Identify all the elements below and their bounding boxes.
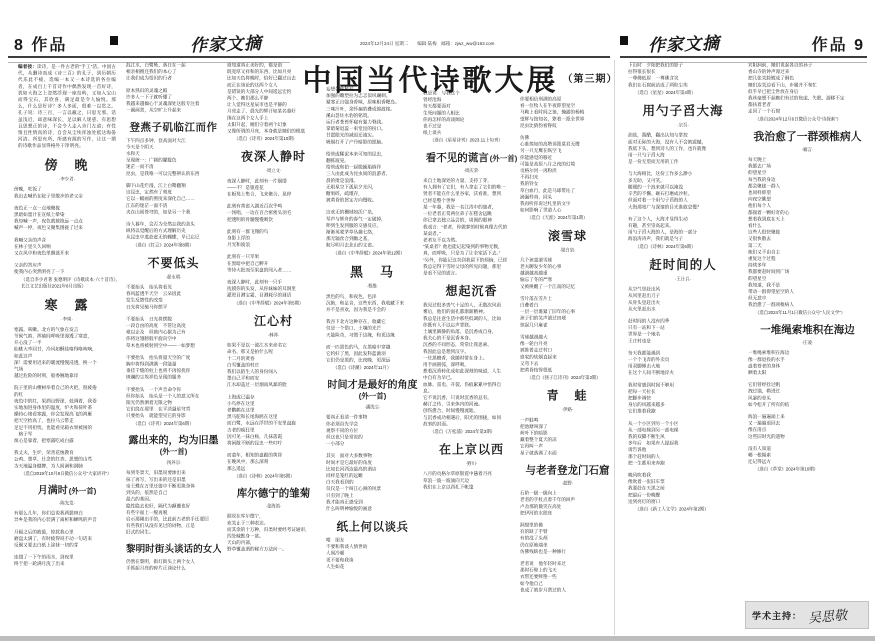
column-6: 你要相信刑满的高原看一位牧人在半夜仰望星空马鞍上看时间之狼，掩露的杨梅望辉与馆知… [520,96,615,635]
column-8: 宾阳洞前，她们说起各自的孙子香山寺的钟声漫过来把几张笑脸镀成了铜色她们边笑边看下… [748,62,867,635]
academic-host-label: 学术主持： [752,609,802,622]
poem-author: ·李少君· [14,176,120,183]
poem-line: 它再叫一声 [520,443,615,450]
poem-title: 夜深人静时 [227,150,320,165]
poem-line: 老鹳鹤在这里 [227,407,320,414]
poem-line: 每天我都能遇到 [628,350,738,357]
poem-line: 用一只勺子舀大海 [628,152,738,159]
poem-attribution: （选自《诗刊》2024年第6期） [126,420,221,427]
poem-line: 糖果碎，疏瑾存， [326,191,419,198]
dateline: 2024年12月24日 星期二 编辑·陆梅 邮箱：zjwz_ww@163.com [360,40,570,47]
poem-line: 她们边笑边看下山，步履并不匆忙 [748,82,867,89]
poem-attribution: （选自《草堂》2024年第10期） [748,466,867,473]
right-page-number: 作品 9 [812,32,865,55]
poem-line: 只要抬头 就能望见它的身影 [126,413,221,420]
poem-attribution: （选自《星星诗刊》2023.11上旬刊） [423,137,520,144]
poem-line: 野草覆盖酒的秘方万法向一。 [227,546,320,553]
poem-author: ·梁白泉· [520,247,615,254]
poem-line: 送到亮灯的窗口 [628,498,738,505]
poem-author: ·周立文· [227,168,320,175]
poem-line: 比如长河西边最高的酒店 [326,466,419,473]
poem-line: 上海或已温存 [227,394,320,401]
poem-author: ·蓝野· [520,480,615,487]
poem-title: 想起沉香 [423,284,520,299]
poem-line: 生死问题的人相比 [423,110,520,117]
academic-host-signature: 吴思敬 [807,604,848,626]
poem-line: 息。 [423,388,520,395]
poem-line: 那个赶时间的人 [628,453,738,460]
poem-line: 赶时间的人没有四季 [628,318,738,325]
poem-line: 把伊河的水照亮 [520,510,615,517]
poem-line: 老者说 他年轻时来过 [520,561,615,568]
poem-line: 下午四点多钟，登高面对大江 [126,137,221,144]
poem-line: 仍在原地端坐 [520,542,615,549]
poem-line: 连缀了一下午的雨水，到夜里 [14,554,120,561]
poem-line: 老者的手杖点着千年的回声 [520,497,615,504]
poem-line: 磨盘太满了，有时疲得说不动一句话来 [14,535,120,542]
poem-line: 此刻有一群飞翔的鸟 [227,228,320,235]
poem-line: 在黑暗中把自己孵开 [227,260,320,267]
poem-line: 什么叫明神愉悦的画意 [326,505,419,512]
poem-line: 仙桃大枣回甘，冷风如酥盐咯得咯咳响， [14,346,120,353]
poem-line: 可能是高原八月之夜的幻境 [520,161,615,168]
poem-line: 给管或稀泥本来可知的昆虫， [326,151,419,158]
poem-author: ·庄凌· [748,340,867,347]
poem-line: 还记得远方 [748,459,867,466]
poem-line: 草木也将被射到空中——一如梦想 [126,342,221,349]
column-3: 谁知道真正美好的，都是俗既宽厚又祥和的东西，比如月亮比如天色将晚时，恰好已翻过山… [227,62,320,635]
poem-line: 他们又不由自主 [748,249,867,256]
poem-title: 黎明时街头谈话的女人 [126,543,221,555]
poem-line: 都揣着一颗好奇的心 [748,209,867,216]
poem-line: 又弯下去 [520,360,615,367]
poem-line: 这欢无的栅域如沃广泉， [326,209,419,216]
poem-line: 我要赶在天黑之前 [628,485,738,492]
poem-line: 加强的雕塑拉为忐忑似风斓刺。 [326,93,419,100]
left-page-number: 8 作品 [14,32,67,55]
poem-line: 帝王蝶在万里迁徙中不断更换身体 [126,483,221,490]
poem-attribution: （选自《诗刊》2024年第10期） [227,136,320,143]
poem-title: 青 蛙 [520,389,615,404]
poem-line: 水和天 [126,151,221,158]
poem-line: 雪球越滚越大 [520,334,615,341]
poem-line: 某一年暮，我是一名江涛中的旅者， [423,204,520,211]
poem-line: 两个、她们那么平静 [227,95,320,102]
banner-issue: （第三期） [563,74,618,85]
poem-line: 星子就落满了水面 [520,450,615,457]
poem-line: 用双脚锤击大地 [628,363,738,370]
poem-line: 面对无际的大海，没有人不会被震撼， [628,139,738,146]
poem-line: 一声蛙鸣 [520,417,615,424]
poem-line: 它们绕在那里 在平淡悬星穹背 [126,406,221,413]
poem-title: 寒 露 [14,297,120,313]
poem-line: 曾经沧海 [423,97,520,104]
poem-attribution: （选自《诗林》2024年第5期） [227,473,320,480]
poem-line: 我关心的不是沉香本身。 [423,335,520,342]
poem-line: 最古的基因。 [126,496,221,503]
poem-line: 我因此总是想到汉字。 [423,348,520,355]
poem-line: 把脚步调快 [628,395,738,402]
poem-line: 太阳升起，她们守着两个幻象 [227,121,320,128]
poem-line: 夹在山间苍穹的，如是另一个我 [126,209,221,216]
poem-line: 孩子们的笑声滚过田埂 [520,315,615,322]
scan-edge-shadow [0,636,875,641]
poem-line: 看什么 [748,223,867,230]
poem-line: 喊声一停，夜色又聚集围拢了过来 [14,225,120,232]
poem-line: 纵将以觉醒后的方式理解历史 [126,228,221,235]
poem-line: 白天我看到的 [326,479,419,486]
poem-line: 把天空抬高了，也拉马云带走 [14,418,120,425]
academic-host-box: 学术主持： 吴思敬 [745,601,869,629]
poem-line: 仰望星空 [748,170,867,177]
poem-line: 是看不见的谎言。 [423,270,520,277]
poem-line: 欢笑止于三种表达。 [227,520,320,527]
left-page-header: 8 作品 作家文摘 2024年12月24日 星期二 编辑·陆梅 邮箱：zjwz_… [8,30,610,56]
poem-line: 与沉香成功相遇后，阳光的围拢，如同 [423,414,520,421]
poem-title: 登燕子矶临江而作 [126,121,221,134]
poem-line: 给管或和拍一起脱颖船徜徉 [326,164,419,171]
poem-line: 而正在谈论的这两个女人 [227,82,320,89]
poem-line: 我越来越倾心于灵魂深处这般专注着 [126,101,221,108]
poem-line: 甘愿眼光的减退还诚实。 [326,132,419,139]
poem-line: 的红 [14,391,120,398]
poem-line: 脚下山花烂漫，江上白鹭翻翔 [126,182,221,189]
poem-attribution: （选自《中华辞赋》2024年第12期） [326,250,419,257]
poem-line: 看一位牧人在半夜仰望星空 [520,103,615,110]
poem-attribution: （选自2024年11月1日微信公众号“人民文学”） [748,309,867,316]
poem-line: 又一遍遍退回去 [748,420,867,427]
poem-line: 晚风吹着我 [628,472,738,479]
poem-line: 纸上谈兵 [423,130,520,137]
poem-author: ·林莽· [227,332,320,339]
poem-title: 库尔德宁的雏菊 [227,487,320,500]
poem-line: 迷茫一而不清 [126,164,221,171]
poem-line: 越过危险的时刻，船委婉地靠岸 [14,373,120,380]
poem-line: 运行者苍苔怀寝有强力脊线。 [326,119,419,126]
column-5: 我是说 与我这个曾经沧海每天都要面对生死问题的人相比你再怎样的高谈阔论也不过是纸… [423,90,520,635]
poem-title: 我治愈了一群颈椎病人 [748,130,867,143]
poem-line: 节候气韵，挥袖间呼吸里漫透了寒意， [14,333,120,340]
poem-line: 赫汀之传，引来体内的河流。 [423,401,520,408]
poem-line: 荷叶下的暗影 [520,430,615,437]
poem-line: 四处缄默身一欲。 [227,533,320,540]
newspaper-spread: 8 作品 作家文摘 2024年12月24日 星期二 编辑·陆梅 邮箱：zjwz_… [0,0,875,641]
poem-title: 不要低头 [126,256,221,271]
poem-title: 纸上何以谈兵 [326,520,419,534]
poem-line: 有了这个人，大海才显得生动 [628,216,738,223]
poem-line: 像一群退役的水手 [748,356,867,363]
poem-line: 既宽厚又祥和的东西，比如月亮 [227,69,320,76]
poem-line: 带动一群仰望星空的人 [748,289,867,296]
poem-line: 另一只无鹰在纵空飞 [520,148,615,155]
poem-line: 你已拿去独立品尝的，周围的眼神 [423,217,520,224]
poem-author: ·宗吾· [628,122,738,129]
poem-line: 几个孩童滚雪球 [520,257,615,264]
poem-line: 香山寺的钟声漫过来 [748,69,867,76]
poem-title: 在上京以西 [423,443,520,458]
poem-line: 有些字面上一脱再脱 [126,509,221,516]
poem-line: 格子军 [14,431,120,438]
poem-line: 夜深人静时，此刻有一只手 [227,279,320,286]
poem-line: 都会聚拢一群人 [748,183,867,190]
poem-line: 有的缺了手臂 [520,529,615,536]
poem-line: 仍然在黎明，街灯街头上两个女人 [126,558,221,565]
poem-title: 看不见的谎言(外一首) [423,151,520,164]
poem-line: 航尽明月去北山的文雀。 [326,242,419,249]
poem-title: 时间才是最好的角度(外一首) [326,379,419,401]
poem-attribution: （选自《新工人文学》2024年第2期） [628,506,738,513]
poem-line: 月亮走了，晨光的辉汗如某名墓好 [227,108,320,115]
poem-line: 更不要和我谈 [326,557,419,564]
poem-author: ·野川· [423,461,520,468]
poem-line: 海浪涛涛声，我们就是勺子 [628,236,738,243]
poem-line: 在板凳上集合，飞来聚合、晃停 [227,191,320,198]
poem-line: 使我内心突然明亮了一下 [14,269,120,276]
poem-line: 从骨头里赶出火 [628,299,738,306]
poem-line: 每到冬景天，旧墨说要渗出来 [126,470,221,477]
poem-line: 用手画圆弧，深呼吸。 [423,361,520,368]
poem-line: 它以一幅画的照度来深化自己…… [126,196,221,203]
poem-line: 越滚越高越重 [520,270,615,277]
poem-title-subtitle: (外一首) [69,487,97,496]
poem-line: 因可见一抹白杨，几抹落霞 [227,433,320,440]
poem-attribution: （选自《天涯》2024年第1期） [520,215,615,222]
poem-line: 而一匹黑色的马，在黑暗中穿越 [326,344,419,351]
poem-line: 把黄昏按得很低 [520,367,615,374]
poem-line: 贤者不能在什么里谷家，沃看准，想到 [423,191,520,198]
poem-line: 拉得很长很长 [628,69,738,76]
poem-line: 故事的封面。 [423,421,520,428]
poem-line: 灌进目测宝霜，目测耗尽的谜语 [227,292,320,299]
poem-author: ·李琦· [14,316,120,323]
poem-line: 从一部电梯到另一部电梯 [628,427,738,434]
poem-line: 它们仍是黑的，比夜晚，更深远 [326,357,419,364]
poem-title: 滚雪球 [520,229,615,244]
poem-line: 这些旧时光的遗物 [748,433,867,440]
poem-title: 用勺子舀大海 [628,104,738,120]
poem-line: 不再扫光 [520,174,615,181]
editor-note-label: 编者按： [18,64,37,69]
masthead-left: 作家文摘 [190,29,263,56]
poem-line: 旧式的词生。 [126,529,221,536]
poem-line: “某桌者？他也能记起染到的事物无数， [423,244,520,251]
poem-line: 从昆虫中逃赴虚无的蝴蝶，早已忘记 [126,234,221,241]
poem-line: 如何影响了世道人心 [520,207,615,214]
poem-line: 月光和波浪 [227,242,320,249]
poem-line: 走回了一个石窟 [748,108,867,115]
poem-line: 衣带还要鲜艳一些 [520,574,615,581]
poem-line: 我治愈了一群颈椎病人 [748,302,867,309]
poem-attribution: （选自《扬子江诗刊》2024年第2期） [520,375,615,382]
poem-line: 为天地温身健脾，为人间调和润肺 [14,463,120,470]
poem-attribution: （选自《中华辞赋》2024年第5期） [227,300,320,307]
poem-author: ·程维· [326,283,419,290]
poem-line: 我戏言：“老者，你做梦的时候真像古代的 [423,224,520,231]
poem-line: 八月的贡格尔草原银霓中悬着月亮 [423,471,520,478]
poem-title: 月满时(外一首) [14,484,120,497]
poem-author: ·周庆荣· [423,167,520,174]
poem-line: 被推着走过村口 [520,347,615,354]
poem-line: 一副画景，从空旷上升起来 [126,107,221,114]
poem-line: 墨自己平和而安 [227,375,320,382]
poem-attribution: （选自《万松浦》2024年第3期） [423,428,520,435]
poem-line: 一汤唱，一边在百合密密头羽毛 [227,210,320,217]
poem-line: 它们推着我跑 [628,408,738,415]
poem-line: 你既有人不以忘声掌联。 [423,322,520,329]
poem-line: 胸中将得到满满一段能量 [126,361,221,368]
poem-line: 不要抬头 日光将摆脱 [126,316,221,323]
poem-line: 我丝毫想不起她们有过的焦虑、失眠、游移不定 [748,95,867,102]
poem-line: 哪一根绳索 [748,452,867,459]
poem-line: 斑斓的尘埃祥色呈现的服务 [126,374,221,381]
poem-line: 与大海相比，这份工作多么渺小 [628,171,738,178]
poem-author: ·金海笛· [227,503,320,510]
poem-line: 也成了被岁月凿过的人 [520,587,615,594]
masthead-right: 作家文摘 [648,29,721,56]
poem-title-subtitle: (外一首) [126,447,221,457]
poem-attribution: （选自2019年10月8日微信公众号“大家讲刊”） [14,470,120,477]
poem-line: 如今松开了所有的结 [748,401,867,408]
header-square-icon [110,36,118,45]
right-page-header: 作家文摘 作品 9 [620,30,867,56]
poem-line: 我们在上京以西扎下帐篷 [423,484,520,491]
poem-line: 那么遥远 [227,465,320,472]
poem-line: 有些我们从没有见过的词物，正是 [126,523,221,530]
poem-line: 白雪覆盖的村庄 [227,362,320,369]
poem-line: 但你抬头 抬头是一个人的意义所在 [126,393,221,400]
column-4: 妄想各种稀泥。加强的雕塑拉为忐忑似风斓刺。紧寒正自强身香味，原味相香靶岛。三味汁… [326,86,419,635]
poem-line: 在林子里久久回响 [14,243,120,250]
poem-line: 终于把一轮满月洗了出来 [14,561,120,568]
poem-title: 江心村 [227,314,320,329]
poem-line: 不要抬头 抬头将看见 [126,284,221,291]
poem-attribution: （选自《红豆》2024年第8期） [126,242,221,249]
poem-author: ·翟永明· [126,274,221,281]
column-1: 编者按：读诗，是一件古老的“手工”活。中国古代，从删诗而成《诗三百》的孔子，到历… [14,62,120,635]
poem-title: 露出来的，均为旧墨(外一首) [126,434,221,456]
poem-line: 我出去喊仍在院子里散步的老父亲 [14,193,120,200]
poem-line: 又像所谓的月亮，本身就是她们的根底 [227,128,320,135]
poem-author: ·喻言· [748,146,867,153]
poem-line: 发生反馈性的改变 [126,297,221,304]
poem-line: 仅是一个借口，土壤的光芒 [326,325,419,332]
poem-title-subtitle: (外一首) [326,391,419,401]
poem-line: 我时常感到时间不够用 [628,382,738,389]
poem-line: 三味汁叶，余怀褊豹叠成锦波铭。 [326,106,419,113]
poem-line: 难以企及 但被内心据为己有 [126,329,221,336]
poem-line: 相亲相拥还我们的本心了 [126,69,221,76]
poem-line: 仿佛 [520,135,615,142]
poem-line: 又被唤醒了一个江南的记忆 [520,283,615,290]
poem-title-subtitle: (外一首) [490,154,518,163]
poem-attribution: （选自《诗林》2024年第6期） [628,243,738,250]
poem-attribution: （选自《诗潮》2024年11月） [326,365,419,372]
poem-line: 我丈夫，生炉，荣善花烛教育 [14,450,120,457]
poem-line: 我再听你说过札里的文字 [520,201,615,208]
poem-line: 不要和我谈人情世故 [326,544,419,551]
poem-attribution: （选自李少君著 张德明评《诗歌读本·六十首诗》，长江文艺出版社2021年6月出版… [14,276,120,289]
poem-line: 世界是一个地名 [628,331,738,338]
poem-line: 黑色的鸟，和夜色，色泽 [326,293,419,300]
poem-line: 向夜空眺望 [748,196,867,203]
paper: 8 作品 作家文摘 2024年12月24日 星期二 编辑·陆梅 邮箱：zjwz_… [0,0,875,636]
poem-line: 持续多年 [748,262,867,269]
poem-line: 草白血行，此是马球带沁了 [520,187,615,194]
poem-author: ·陈先发· [14,500,120,507]
poem-author: ·汤养宗· [126,460,221,467]
poem-title: 傍 晚 [14,157,120,173]
poem-author: ·王计兵· [628,276,738,283]
poem-line: 命名、那又是拍什么呢 [227,349,320,356]
poem-line: 但面对着一个用勺子舀海的人 [628,197,738,204]
poem-attribution: （选自2024年12月6日微信公众号“诗探索”） [748,116,867,123]
poem-author: ·潘洗尘· [326,404,419,411]
poem-line: 那无辐丝合到幽之基， [326,236,419,243]
poem-line: 我们在石窟前站成了两粒尘埃 [628,82,738,89]
poem-line: 拽过锚，勒进过 [748,388,867,395]
poem-line: 晨的批是浪漫。 [326,177,419,184]
poem-line: 而白鹭，永远在浮世的不安里盘旋 [227,420,320,427]
poem-line: 你必须首先学会 [326,421,419,428]
poem-line: 用勺子舀大海的人，是海的一部分 [628,229,738,236]
column-7: 下山时 夕阳把我们的影子拉得很长很长一尊佛低眉 一尊佛含笑我们在石窟前站成了两粒… [628,62,738,635]
poem-line: 望辉与馆知名，繁着一派全世界 [520,116,615,123]
poem-line: 中自有为早已。 [423,375,520,382]
poem-line: 手抓起月亮的碎片正谈论什么 [126,565,221,572]
poem-line: 异乡是我的内心装满了离析和蝉鸣的声音 [14,517,120,524]
poem-title: 与老者登龙门石窟 [520,464,615,477]
column-2: 混江水、白鹭鸶、落日在一起相亲相拥还我们的本心了让我们成为悟识的行者原本熟识的灵… [126,62,221,635]
poem-line: 但这也只是常说的 [326,434,419,441]
poem-title: 黑 马 [326,264,419,280]
poem-line: 只有到了晚上 [326,492,419,499]
poem-attribution: （选自《星星》2024年第4期） [628,89,738,96]
poem-line: 每天晚上 [748,157,867,164]
editor-note: 编者按：读诗，是一件古老的“手工”活。中国古代，从删诗而成《诗三百》的孔子，到历… [14,62,120,149]
poem-line: 实地加进身体里的温度，炉火和荷叶茶 [14,404,120,411]
poem-line: 白叠着白 [520,302,615,309]
poem-line: “另外，你能记这卖到我留下的烦恼，已经 [423,257,520,264]
poem-line: 黑暗如墨汁在宣纸上晕染 [14,211,120,218]
poem-author: ·伊路· [520,407,615,414]
poem-line: 原本熟识的灵魂之殿 [126,87,221,94]
poem-line: 夜深人静时，此刻有一片烟缕 [227,178,320,185]
poem-line: 从空气里赶出风 [628,286,738,293]
poem-line: 又很快散去 [748,236,867,243]
poem-line: 也不过是 [423,123,520,130]
poem-title: 一堆绳索堆积在海边 [748,323,867,336]
poem-line: 雾后，他们的面孔都渐渐精神。 [423,309,520,316]
poem-line: 随便的一个浪来就可以淹没 [628,184,738,191]
poem-line: 多年后 如果有人提起我 [628,440,738,447]
poem-line: 某桌者。” [423,230,520,237]
poem-line: 人生如花 [326,563,419,570]
poem-line: 深！需要用迟来的暖流慢慢浸透，换一个 [14,359,120,366]
poem-line: 晒着太阳 [748,369,867,376]
poem-line: 而童年，相知的盘踞的黄昏 [227,452,320,459]
poem-line: 卵到生发到服的交感反应。 [326,222,419,229]
poem-line: 并不是喜欢，因为我是不会的 [326,306,419,313]
poem-line: 其实 面对大多数事物 [326,453,419,460]
poem-title: 赶时间的人 [628,257,738,273]
poem-line: 仰望星空 [748,275,867,282]
poem-line: 父亲的答应声 [14,262,120,269]
poem-line: 来自土地深处的力量，支持了芽， [423,178,520,185]
header-square-icon [620,36,628,45]
